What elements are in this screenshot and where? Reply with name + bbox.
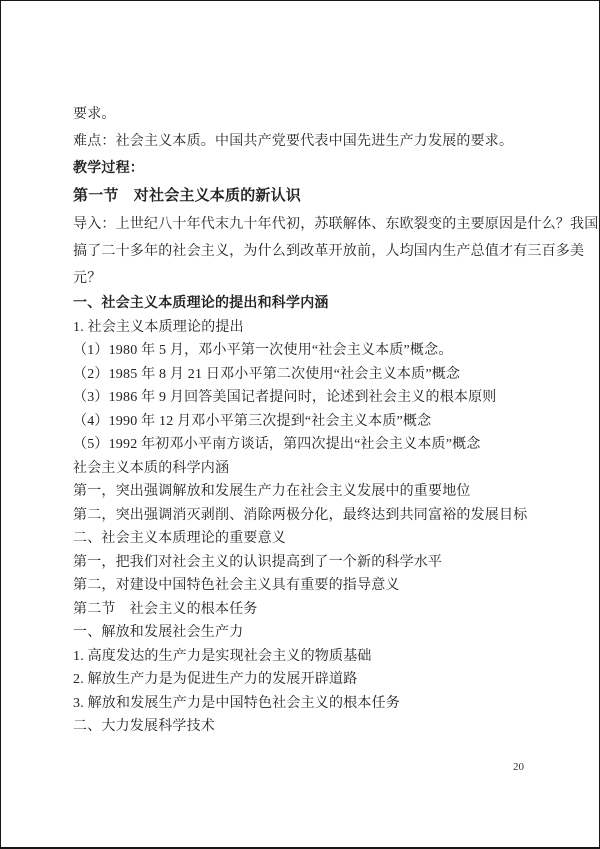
text-line: （5）1992 年初邓小平南方谈话，第四次提出“社会主义本质”概念 (73, 433, 541, 457)
text-line: 第一，把我们对社会主义的认识提高到了一个新的科学水平 (73, 551, 541, 575)
text-line: 一、社会主义本质理论的提出和科学内涵 (73, 292, 541, 316)
text-line: 导入：上世纪八十年代末九十年代初，苏联解体、东欧裂变的主要原因是什么？我国 (73, 211, 541, 238)
text-line: （2）1985 年 8 月 21 日邓小平第二次使用“社会主义本质”概念 (73, 363, 541, 387)
text-line: 二、社会主义本质理论的重要意义 (73, 527, 541, 551)
text-line: （4）1990 年 12 月邓小平第三次提到“社会主义本质”概念 (73, 410, 541, 434)
text-line: （3）1986 年 9 月回答美国记者提问时，论述到社会主义的根本原则 (73, 386, 541, 410)
text-line: 第一节 对社会主义本质的新认识 (73, 182, 541, 211)
text-line: 2. 解放生产力是为促进生产力的发展开辟道路 (73, 668, 541, 692)
text-line: 元？ (73, 265, 541, 292)
text-line: 3. 解放和发展生产力是中国特色社会主义的根本任务 (73, 692, 541, 716)
text-line: 第一，突出强调解放和发展生产力在社会主义发展中的重要地位 (73, 480, 541, 504)
text-line: 第二节 社会主义的根本任务 (73, 598, 541, 622)
document-text: 要求。难点：社会主义本质。中国共产党要代表中国先进生产力发展的要求。教学过程：第… (1, 1, 599, 739)
text-line: 搞了二十多年的社会主义，为什么到改革开放前，人均国内生产总值才有三百多美 (73, 238, 541, 265)
text-line: 一、解放和发展社会生产力 (73, 621, 541, 645)
text-line: 1. 高度发达的生产力是实现社会主义的物质基础 (73, 645, 541, 669)
page-number: 20 (513, 761, 524, 773)
text-line: 社会主义本质的科学内涵 (73, 457, 541, 481)
text-line: 二、大力发展科学技术 (73, 715, 541, 739)
text-line: （1）1980 年 5 月，邓小平第一次使用“社会主义本质”概念。 (73, 339, 541, 363)
text-line: 第二，对建设中国特色社会主义具有重要的指导意义 (73, 574, 541, 598)
text-line: 第二，突出强调消灭剥削、消除两极分化，最终达到共同富裕的发展目标 (73, 504, 541, 528)
text-line: 1. 社会主义本质理论的提出 (73, 316, 541, 340)
document-page: 要求。难点：社会主义本质。中国共产党要代表中国先进生产力发展的要求。教学过程：第… (0, 0, 600, 849)
text-line: 要求。 (73, 101, 541, 128)
text-line: 教学过程： (73, 155, 541, 182)
text-line: 难点：社会主义本质。中国共产党要代表中国先进生产力发展的要求。 (73, 128, 541, 155)
